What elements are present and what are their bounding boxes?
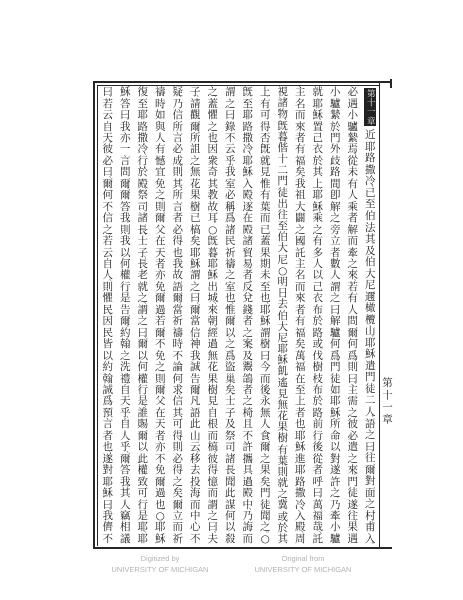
character: 司	[224, 442, 236, 453]
character: 來	[294, 293, 306, 304]
character: 有	[154, 144, 166, 155]
text-column: 子、請觀爾所詛之無花果樹已槁矣、耶穌謂之曰、爾當信神、我誠告爾、凡語此山云、移去…	[187, 87, 205, 545]
character: 自	[119, 419, 131, 430]
column-text: 視諸物、旣暮、偕十二門徒出往至伯大尼○明日、去伯大尼、耶穌飢、遙見無花果樹有葉、…	[274, 87, 292, 545]
credit-label: Original from	[233, 554, 373, 565]
text-column: 疑、乃信所言必成、則其所言者必得也、我故語爾、當祈禱時、不論何求、信其可得、則必…	[169, 87, 187, 545]
character: 云	[224, 144, 236, 155]
character: 何	[347, 339, 359, 350]
character: 其	[312, 167, 324, 178]
character: 彼	[102, 144, 114, 155]
character: 福	[294, 362, 306, 373]
character: 不	[102, 534, 114, 545]
character: 去	[277, 299, 289, 310]
character: 於	[137, 167, 149, 178]
character: 則	[347, 362, 359, 373]
character: 天	[154, 419, 166, 430]
text-column: 上、有可得否、旣就、見惟有葉而已、蓋果期未至也、耶穌謂樹曰、今而後、永無人食爾之…	[257, 87, 275, 545]
character: 遂	[329, 465, 341, 476]
column-text: 曰、若云自天、彼必曰、爾何不信之、若云自人、則懼民、因民皆以約翰誠爲預言者也、遂…	[99, 87, 117, 545]
character: 闢	[294, 213, 306, 224]
character: 何	[329, 339, 341, 350]
character: 且	[242, 419, 254, 430]
character: 儕	[102, 522, 114, 533]
character: 而	[294, 110, 306, 121]
character: 小	[329, 522, 341, 533]
character: 免	[154, 465, 166, 476]
character: 何	[102, 190, 114, 201]
character: 衣	[312, 293, 324, 304]
character: 有	[312, 236, 324, 247]
character: 之	[137, 316, 149, 327]
character: 有	[294, 144, 306, 155]
character: 誨	[242, 522, 254, 533]
character: 奇	[207, 167, 219, 178]
character: 祈	[172, 534, 184, 545]
character: 今	[259, 362, 271, 373]
character: 以	[329, 442, 341, 453]
page-border-bottom	[93, 547, 392, 549]
character: 門	[364, 372, 376, 384]
character: 至	[364, 199, 376, 211]
character: 橄	[364, 303, 376, 315]
text-column: 視諸物、旣暮、偕十二門徒出往至伯大尼○明日、去伯大尼、耶穌飢、遙見無花果樹有葉、…	[274, 87, 292, 545]
character: 必	[347, 87, 359, 98]
character: 賜	[137, 419, 149, 430]
character: 者	[172, 213, 184, 224]
column-text: 上、有可得否、旣就、見惟有葉而已、蓋果期未至也、耶穌謂樹曰、今而後、永無人食爾之…	[257, 87, 275, 545]
character: 撒	[294, 488, 306, 499]
character: 殿	[242, 488, 254, 499]
character: 盜	[224, 362, 236, 373]
character: 以	[137, 442, 149, 453]
character: 果	[347, 522, 359, 533]
character: 耶	[137, 110, 149, 121]
character: ○	[259, 534, 271, 545]
character: 根	[207, 419, 219, 430]
character: 人	[259, 419, 271, 430]
character: 耶	[137, 534, 149, 545]
character: 約	[102, 362, 114, 373]
character: 觀	[189, 110, 201, 121]
character: 不	[189, 534, 201, 545]
character: 果	[189, 190, 201, 201]
character: 近	[364, 130, 376, 142]
character: 樹	[312, 362, 324, 373]
character: 則	[172, 167, 184, 178]
character: 及	[224, 419, 236, 430]
character: 答	[119, 465, 131, 476]
character: 樹	[277, 433, 289, 444]
character: 去	[189, 465, 201, 476]
character: 可	[172, 419, 184, 430]
character: 冀	[277, 500, 289, 511]
character: 而	[172, 522, 184, 533]
character: 樹	[259, 339, 271, 350]
character: 永	[259, 396, 271, 407]
column-text: 旣至耶路撒冷、耶穌入殿、逐在殿諸貿易者、反兌錢者之案、及鬻鴿者之椅、且不許攜具過…	[239, 87, 257, 545]
character: 旣	[242, 87, 254, 98]
text-column: 主名而來者、有福矣、我祖大闢之國、託主名而來者、有福矣、萬福在至上者也、耶穌進耶…	[292, 87, 310, 545]
character: 而	[347, 236, 359, 247]
character: 果	[259, 465, 271, 476]
column-text: 主名而來者、有福矣、我祖大闢之國、託主名而來者、有福矣、萬福在至上者也、耶穌進耶…	[292, 87, 310, 545]
character: 過	[207, 339, 219, 350]
character: 老	[137, 270, 149, 281]
character: 問	[119, 167, 131, 178]
column-text: 近耶路撒冷、已至伯法其、及伯大尼、邇橄欖山、耶穌遣門徒二人、語之曰、往爾對面之村…	[362, 130, 380, 545]
character: 或	[312, 339, 324, 350]
text-column: 謂之曰、錄不云乎、我室必稱爲諸民祈禱之室也、惟爾以之爲盜巢矣、士子及祭司諸長聞此…	[222, 87, 240, 545]
character: 對	[102, 465, 114, 476]
text-column: 穌答曰、我亦一言問爾、爾答我、則我以何權行是告爾、約翰之洗禮、自天乎、自人乎、爾…	[117, 87, 135, 545]
text-block: 第十一章 近耶路撒冷、已至伯法其、及伯大尼、邇橄欖山、耶穌遣門徒二人、語之曰、往…	[99, 87, 379, 545]
character: 徒	[364, 384, 376, 396]
character: 門	[277, 176, 289, 187]
character: 爾	[154, 213, 166, 224]
character: 之	[364, 499, 376, 511]
character: 伯	[277, 310, 289, 321]
character: 信	[102, 213, 114, 224]
character: 祈	[172, 316, 184, 327]
character: 徒	[347, 488, 359, 499]
character: 信	[172, 396, 184, 407]
character: 旣	[207, 236, 219, 247]
character: 遙	[277, 377, 289, 388]
character: 主	[294, 87, 306, 98]
column-text: 子、請觀爾所詛之無花果樹已槁矣、耶穌謂之曰、爾當信神、我誠告爾、凡語此山云、移去…	[187, 87, 205, 545]
character: 爾	[119, 190, 131, 201]
column-text: 就耶穌、置己衣於其上、耶穌乘之、有多人以己衣布於路、或伐樹枝布於路、前行後從者呼…	[309, 87, 327, 545]
character: 所	[329, 419, 341, 430]
character: 門	[329, 362, 341, 373]
character: 需	[347, 396, 359, 407]
character: 而	[207, 488, 219, 499]
text-column: 小驢縶於門外歧路間、卽解之、旁立者數人謂之曰、解驢何爲、門徒如耶穌所命以對、遂許…	[327, 87, 345, 545]
character: 穌	[207, 270, 219, 281]
character: 亦	[154, 442, 166, 453]
text-column: 之、蓋懼之也、因衆奇其教故耳。○旣暮、耶穌出城、來朝、經過無花果樹、見自根而槁、…	[204, 87, 222, 545]
character: 皆	[102, 339, 114, 350]
character: 耶	[294, 465, 306, 476]
character: 若	[102, 236, 114, 247]
character: 之	[224, 339, 236, 350]
column-text: 禱時、如與人有憾、宜免之、則爾父在天者、亦免爾過、若爾不免之、則爾父在天者、亦不…	[152, 87, 170, 545]
character: 在	[242, 213, 254, 224]
character: 復	[137, 87, 149, 98]
character: 語	[364, 418, 376, 430]
character: 父	[154, 396, 166, 407]
character: 當	[189, 316, 201, 327]
character: 以	[312, 270, 324, 281]
character: 此	[189, 419, 201, 430]
character: 論	[172, 362, 184, 373]
character: 法	[364, 222, 376, 234]
page-border-top	[93, 81, 392, 83]
column-text: 疑、乃信所言必成、則其所言者必得也、我故語爾、當祈禱時、不論何求、信其可得、則必…	[169, 87, 187, 545]
character: 得	[172, 465, 184, 476]
character: 縶	[329, 110, 341, 121]
character: 者	[242, 316, 254, 327]
character: 穌	[242, 167, 254, 178]
character: 因	[207, 144, 219, 155]
character: 見	[259, 167, 271, 178]
character: 人	[347, 190, 359, 201]
character: 花	[207, 362, 219, 373]
character: 不	[154, 339, 166, 350]
character: 具	[242, 465, 254, 476]
page-border-left-outer	[93, 81, 95, 549]
character: 小	[329, 87, 341, 98]
character: 託	[312, 534, 324, 545]
character: 在	[154, 236, 166, 247]
character: 問	[347, 316, 359, 327]
original-from-credit: Original from UNIVERSITY OF MICHIGAN	[233, 554, 373, 575]
character: 於	[312, 396, 324, 407]
credit-label: Digitized by	[90, 554, 230, 565]
character: 往	[364, 453, 376, 465]
character: 遇	[347, 534, 359, 545]
character: 權	[119, 270, 131, 281]
character: 未	[347, 167, 359, 178]
character: 信	[172, 110, 184, 121]
character: 有	[277, 445, 289, 456]
character: 云	[102, 110, 114, 121]
character: 議	[119, 534, 131, 545]
character: 有	[259, 190, 271, 201]
character: 凡	[189, 396, 201, 407]
character: 名	[294, 270, 306, 281]
character: 對	[364, 476, 376, 488]
character: 門	[259, 488, 271, 499]
text-column: 必遇小驢縶焉、從未有人乘者、解而牽之來、若有人問爾何爲、則曰、主需之、彼必遣之來…	[344, 87, 362, 545]
character: 穌	[119, 87, 131, 98]
character: 穌	[102, 488, 114, 499]
column-text: 必遇小驢縶焉、從未有人乘者、解而牽之來、若有人問爾何爲、則曰、主需之、彼必遣之來…	[344, 87, 362, 545]
character: 謂	[224, 87, 236, 98]
character: 其	[119, 488, 131, 499]
character: 士	[224, 396, 236, 407]
character: 我	[224, 167, 236, 178]
character: 穌	[154, 534, 166, 545]
character: 遣	[347, 442, 359, 453]
character: 以	[224, 522, 236, 533]
character: 相	[119, 522, 131, 533]
character: 宜	[154, 167, 166, 178]
character: 何	[137, 362, 149, 373]
character: 已	[189, 213, 201, 224]
character: 人	[329, 270, 341, 281]
character: 夫	[207, 534, 219, 545]
character: 穌	[364, 349, 376, 361]
page-border-left-inner	[97, 85, 98, 546]
character: 前	[312, 419, 324, 430]
character: 我	[119, 236, 131, 247]
character: 因	[102, 316, 114, 327]
character: 後	[312, 442, 324, 453]
character: 外	[329, 144, 341, 155]
character: 小	[347, 110, 359, 121]
character: 已	[364, 188, 376, 200]
character: 之	[224, 270, 236, 281]
character: 有	[294, 316, 306, 327]
character: 耶	[242, 110, 254, 121]
character: 爾	[137, 339, 149, 350]
character: 是	[119, 293, 131, 304]
character: 可	[259, 110, 271, 121]
character: 言	[102, 419, 114, 430]
character: 懼	[207, 110, 219, 121]
character: 詛	[189, 144, 201, 155]
character: 則	[172, 442, 184, 453]
column-text: 之、蓋懼之也、因衆奇其教故耳。○旣暮、耶穌出城、來朝、經過無花果樹、見自根而槁、…	[204, 87, 222, 545]
character: 而	[259, 213, 271, 224]
character: 必	[224, 190, 236, 201]
character: 驢	[329, 534, 341, 545]
character: 民	[224, 236, 236, 247]
credit-institution: UNIVERSITY OF MICHIGAN	[233, 565, 373, 576]
character: 者	[312, 465, 324, 476]
character: 若	[154, 316, 166, 327]
character: 有	[347, 293, 359, 304]
character: 路	[364, 153, 376, 165]
column-text: 謂之曰、錄不云乎、我室必稱爲諸民祈禱之室也、惟爾以之爲盜巢矣、士子及祭司諸長聞此…	[222, 87, 240, 545]
text-column: 就耶穌、置己衣於其上、耶穌乘之、有多人以己衣布於路、或伐樹枝布於路、前行後從者呼…	[309, 87, 327, 545]
character: 遣	[364, 361, 376, 373]
character: 周	[294, 534, 306, 545]
character: 面	[364, 487, 376, 499]
character: 耶	[312, 190, 324, 201]
character: 甫	[364, 522, 376, 534]
character: 所	[172, 190, 184, 201]
character: 衣	[312, 144, 324, 155]
character: 旣	[259, 144, 271, 155]
character: 耶	[154, 522, 166, 533]
page-border-top-tick	[390, 79, 392, 88]
character: 卽	[329, 190, 341, 201]
character: 之	[242, 396, 254, 407]
character: 見	[207, 396, 219, 407]
character: 於	[312, 316, 324, 327]
character: 彼	[347, 419, 359, 430]
character: 穌	[294, 442, 306, 453]
character: 鬻	[242, 362, 254, 373]
text-column: 旣至耶路撒冷、耶穌入殿、逐在殿諸貿易者、反兌錢者之案、及鬻鴿者之椅、且不許攜具過…	[239, 87, 257, 545]
character: 祭	[137, 190, 149, 201]
character: 爾	[259, 442, 271, 453]
character: 教	[207, 190, 219, 201]
character: 蓋	[259, 236, 271, 247]
character: 士	[137, 236, 149, 247]
character: 諸	[242, 236, 254, 247]
character: 翰	[119, 339, 131, 350]
character: 爲	[102, 396, 114, 407]
credit-institution: UNIVERSITY OF MICHIGAN	[90, 565, 230, 576]
character: 懼	[102, 293, 114, 304]
character: 解	[329, 316, 341, 327]
character: 謂	[189, 270, 201, 281]
text-column: 第十一章 近耶路撒冷、已至伯法其、及伯大尼、邇橄欖山、耶穌遣門徒二人、語之曰、往…	[362, 87, 380, 545]
chapter-running-header: 第十一章	[381, 377, 393, 425]
character: 長	[224, 465, 236, 476]
character: 誠	[189, 362, 201, 373]
character: 之	[364, 430, 376, 442]
text-column: 復至耶路撒冷、行於殿、祭司諸長、士子、長老就之、謂之曰、爾以何權行是、誰賜爾以此…	[134, 87, 152, 545]
character: 未	[259, 270, 271, 281]
character: 大	[364, 268, 376, 280]
character: 而	[242, 534, 254, 545]
column-text: 小驢縶於門外歧路間、卽解之、旁立者數人謂之曰、解驢何爲、門徒如耶穌所命以對、遂許…	[327, 87, 345, 545]
character: 故	[172, 270, 184, 281]
character: 路	[329, 167, 341, 178]
character: 就	[312, 87, 324, 98]
character: 得	[207, 465, 219, 476]
character: 許	[242, 442, 254, 453]
column-text: 穌答曰、我亦一言問爾、爾答我、則我以何權行是告爾、約翰之洗禮、自天乎、自人乎、爾…	[117, 87, 135, 545]
text-column: 曰、若云自天、彼必曰、爾何不信之、若云自人、則懼民、因民皆以約翰誠爲預言者也、遂…	[99, 87, 117, 545]
character: 立	[329, 236, 341, 247]
character: 乘	[312, 213, 324, 224]
character: 諸	[137, 213, 149, 224]
character: 兌	[242, 293, 254, 304]
text-column: 禱時、如與人有憾、宜免之、則爾父在天者、亦免爾過、若爾不免之、則爾父在天者、亦不…	[152, 87, 170, 545]
column-text: 復至耶路撒冷、行於殿、祭司諸長、士子、長老就之、謂之曰、爾以何權行是、誰賜爾以此…	[134, 87, 152, 545]
character: 亦	[154, 270, 166, 281]
character: 一	[119, 144, 131, 155]
character: 過	[154, 488, 166, 499]
character: 祖	[294, 190, 306, 201]
character: 其	[277, 534, 289, 545]
character: 大	[277, 243, 289, 254]
character: 如	[154, 110, 166, 121]
character: 天	[119, 396, 131, 407]
character: 心	[189, 522, 201, 533]
character: 伯	[364, 257, 376, 269]
character: 殺	[224, 534, 236, 545]
character: 耶	[329, 396, 341, 407]
character: 可	[137, 488, 149, 499]
character: 爾	[224, 316, 236, 327]
character: 穌	[259, 316, 271, 327]
character: 禱	[154, 87, 166, 98]
character: 得	[172, 236, 184, 247]
chapter-start-marker: 第十一章	[364, 88, 376, 126]
text-block-right-rule	[379, 83, 380, 547]
character: 之	[329, 293, 341, 304]
character: 無	[189, 167, 201, 178]
character: 洗	[119, 362, 131, 373]
character: 必	[172, 144, 184, 155]
character: 伯	[364, 211, 376, 223]
character: 爾	[154, 293, 166, 304]
character: 旣	[277, 121, 289, 132]
digitized-by-credit: Digitized by UNIVERSITY OF MICHIGAN	[90, 554, 230, 575]
character: 上	[294, 396, 306, 407]
character: 爲	[224, 213, 236, 224]
